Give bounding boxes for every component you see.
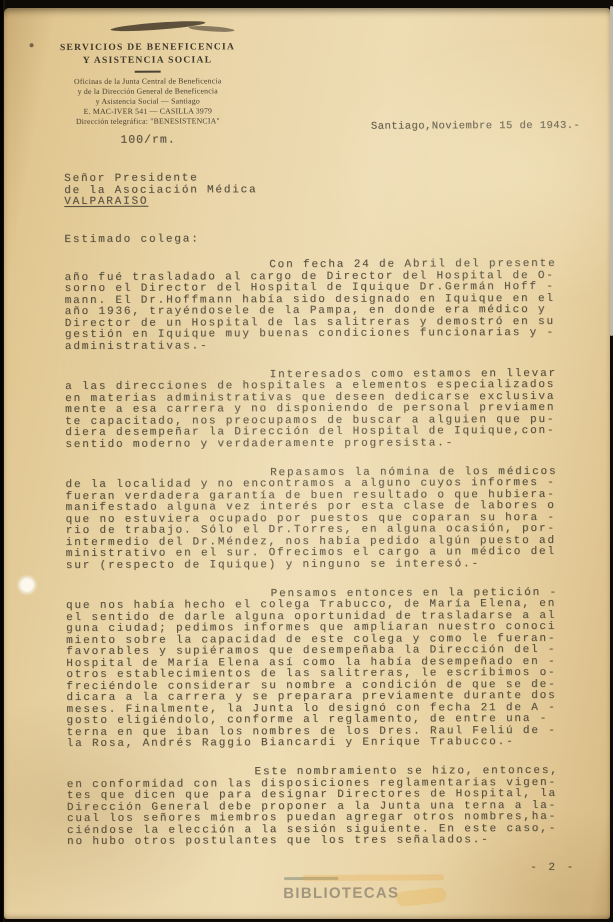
body-line: sur (respecto de Iquique) y ninguno se i… [66, 558, 558, 572]
punch-hole [19, 577, 35, 593]
body-paragraph: Repasamos la nómina de los médicosde la … [65, 466, 557, 572]
watermark-text: BIBLIOTECAS [283, 885, 399, 903]
body-line: gestión en Iquique muy buenas condicione… [65, 328, 557, 342]
body-line: la Rosa, Andrés Raggio Biancardi y Enriq… [67, 737, 559, 751]
reference-number: 100/rm. [31, 133, 265, 147]
body-paragraph: Con fecha 24 de Abril del presenteaño fu… [65, 259, 557, 353]
recipient-city: VALPARAISO [64, 196, 257, 208]
body-line: sentido moderno y verdaderamente progres… [65, 437, 557, 451]
office-address: Oficinas de la Junta Central de Benefice… [31, 76, 265, 127]
ink-smudge [188, 25, 234, 33]
recipient-block: Señor Presidente de la Asociación Médica… [64, 173, 257, 208]
body-paragraph: Este nombramiento se hizo, entonces,en c… [67, 766, 559, 849]
letter-paper: SERVICIOS DE BENEFICENCIA Y ASISTENCIA S… [4, 8, 610, 919]
dateline: Santiago,Noviembre 15 de 1943.- [371, 120, 580, 133]
letterhead: SERVICIOS DE BENEFICENCIA Y ASISTENCIA S… [31, 41, 265, 147]
letterhead-divider [135, 71, 161, 73]
watermark-accent-bar [302, 874, 444, 881]
body-paragraph: Pensamos entonces en la petición -que no… [66, 587, 559, 750]
paper-content: SERVICIOS DE BENEFICENCIA Y ASISTENCIA S… [2, 7, 612, 921]
salutation: Estimado colega: [64, 234, 199, 246]
watermark-accent-blob [396, 887, 447, 907]
scan-backdrop: SERVICIOS DE BENEFICENCIA Y ASISTENCIA S… [0, 0, 613, 922]
org-name-line-2: Y ASISTENCIA SOCIAL [31, 54, 265, 68]
office-address-line: Dirección telegráfica: "BENESISTENCIA" [31, 116, 265, 127]
body-paragraph: Interesados como estamos en llevara las … [65, 368, 557, 451]
letter-body: Con fecha 24 de Abril del presenteaño fu… [65, 259, 560, 849]
org-name-line-1: SERVICIOS DE BENEFICENCIA [31, 41, 265, 55]
body-line: no hubo otros postulantes que los tres s… [67, 835, 559, 849]
body-line: administrativas.- [65, 339, 557, 353]
page-number: - 2 - [530, 862, 576, 874]
